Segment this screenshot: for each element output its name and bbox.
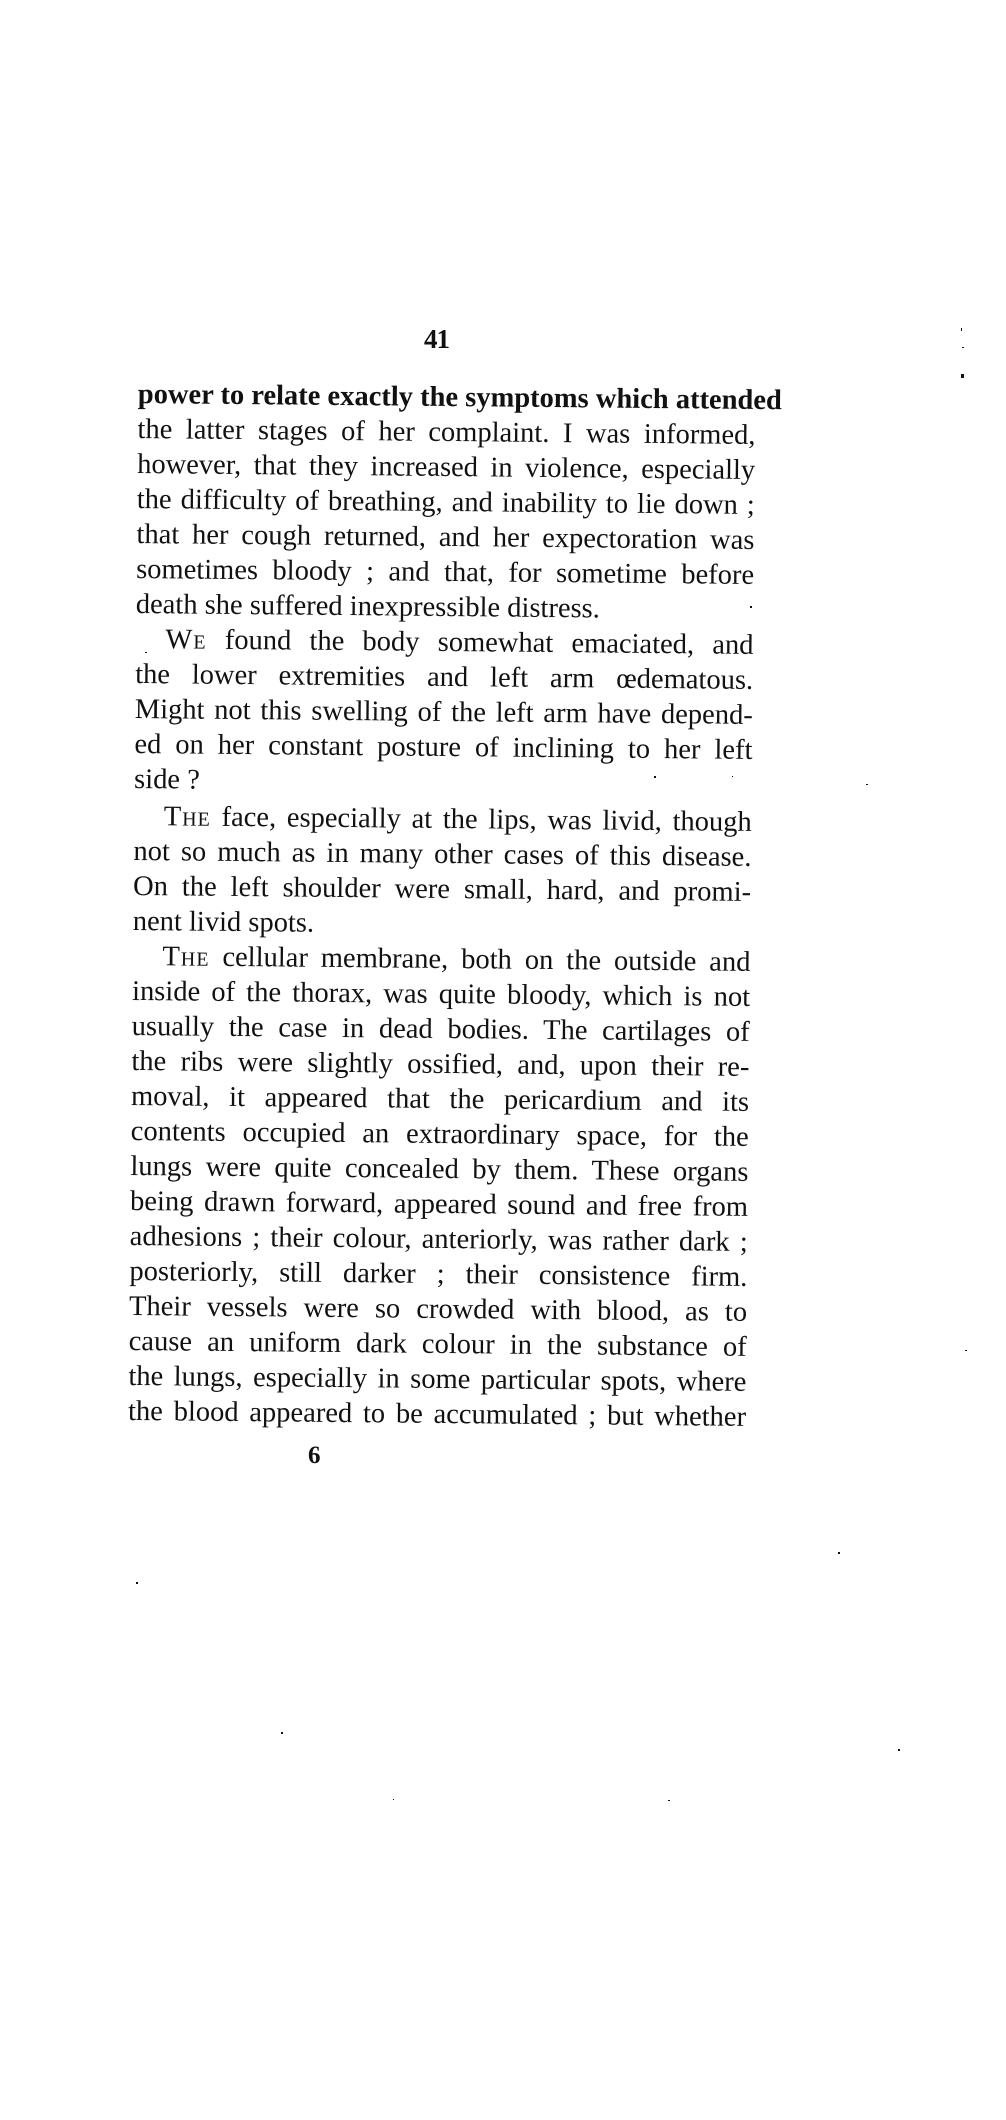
- scan-speck: [961, 328, 962, 331]
- text-line: the latter stages of her complaint. I wa…: [137, 412, 755, 453]
- scan-speck: [961, 374, 964, 378]
- text-line-rest: face, especially at the lips, was livid,…: [211, 802, 752, 838]
- text-line: adhesions ; their colour, anteriorly, wa…: [130, 1219, 748, 1260]
- text-line: The cellular membrane, both on the outsi…: [132, 939, 750, 980]
- book-page: 41 power to relate exactly the symptoms …: [0, 0, 1006, 2120]
- text-line: inside of the thorax, was quite bloody, …: [132, 974, 750, 1015]
- text-line: the ribs were slightly ossified, and, up…: [131, 1044, 749, 1085]
- text-line: We found the body somewhat emaciated, an…: [135, 622, 753, 663]
- text-line: the lungs, especially in some particular…: [128, 1359, 746, 1400]
- text-line: the blood appeared to be accumulated ; b…: [128, 1394, 746, 1435]
- scan-speck: [732, 776, 733, 777]
- scan-speck: [866, 784, 868, 785]
- text-line: nent livid spots.: [133, 904, 751, 945]
- text-line: contents occupied an extraordinary space…: [131, 1114, 749, 1155]
- text-line: On the left shoulder were small, hard, a…: [133, 869, 751, 910]
- text-line: the difficulty of breathing, and inabili…: [137, 482, 755, 523]
- text-line: lungs were quite concealed by them. Thes…: [130, 1149, 748, 1190]
- text-line: however, that they increased in violence…: [137, 447, 755, 488]
- text-line: the lower extremities and left arm œdema…: [135, 657, 753, 698]
- signature-mark: 6: [308, 1443, 321, 1468]
- text-line: cause an uniform dark colour in the subs…: [129, 1324, 747, 1365]
- scan-speck: [838, 1552, 840, 1554]
- text-line-rest: cellular membrane, both on the outside a…: [209, 942, 750, 978]
- scan-speck: [393, 1799, 394, 1800]
- text-line: being drawn forward, appeared sound and …: [130, 1184, 748, 1225]
- scan-speck: [654, 776, 656, 778]
- page-number: 41: [424, 326, 449, 353]
- paragraph-4: The cellular membrane, both on the outsi…: [128, 939, 751, 1435]
- paragraph-lead: The: [164, 801, 211, 832]
- paragraph-3: The face, especially at the lips, was li…: [133, 799, 752, 945]
- text-line: side ?: [134, 762, 752, 803]
- paragraph-lead: We: [165, 624, 206, 655]
- text-line: moval, it appeared that the pericardium …: [131, 1079, 749, 1120]
- scan-speck: [136, 1582, 138, 1584]
- text-line: Might not this swelling of the left arm …: [135, 692, 753, 733]
- text-line: ed on her constant posture of inclining …: [134, 727, 752, 768]
- scan-speck: [750, 606, 752, 608]
- scan-speck: [281, 1732, 283, 1734]
- text-line: sometimes bloody ; and that, for sometim…: [136, 552, 754, 593]
- paragraph-lead: The: [162, 941, 209, 972]
- paragraph-1: power to relate exactly the symptoms whi…: [136, 377, 756, 628]
- text-line: power to relate exactly the symptoms whi…: [138, 377, 756, 418]
- scan-speck: [668, 1800, 670, 1801]
- text-line: Their vessels were so crowded with blood…: [129, 1289, 747, 1330]
- text-line-rest: found the body somewhat emaciated, and: [206, 625, 753, 661]
- scan-speck: [965, 1350, 967, 1351]
- paragraph-2: We found the body somewhat emaciated, an…: [134, 622, 754, 803]
- scan-speck: [898, 1749, 900, 1751]
- scan-speck: [145, 652, 147, 653]
- text-line: posteriorly, still darker ; their consis…: [129, 1254, 747, 1295]
- text-line: death she suffered inexpressible distres…: [136, 587, 754, 628]
- scan-speck: [962, 347, 964, 348]
- body-text: power to relate exactly the symptoms whi…: [128, 377, 756, 1435]
- text-line: that her cough returned, and her expecto…: [136, 517, 754, 558]
- text-line: The face, especially at the lips, was li…: [134, 799, 752, 840]
- text-line: usually the case in dead bodies. The car…: [132, 1009, 750, 1050]
- text-line: not so much as in many other cases of th…: [133, 834, 751, 875]
